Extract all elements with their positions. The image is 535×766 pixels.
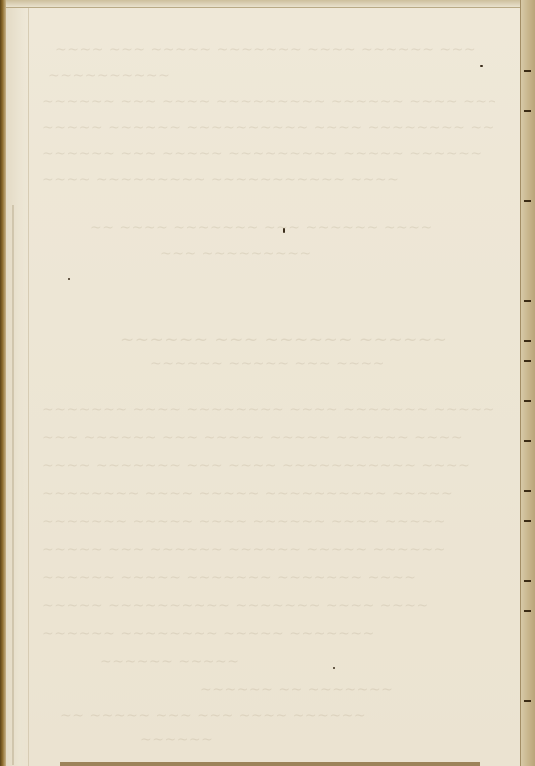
bottom-page-edge (60, 762, 480, 766)
ink-speck (283, 228, 285, 233)
ink-speck (333, 667, 335, 669)
ink-speck (68, 278, 70, 280)
fold-crease (12, 205, 14, 765)
ink-speck (480, 65, 483, 67)
left-page-margin (6, 0, 29, 766)
top-page-edge (6, 0, 526, 8)
manuscript-page: ~~~~ ~~~ ~~~~~ ~~~~~~~ ~~~~ ~~~~~~ ~~~ ~… (0, 0, 535, 766)
adjacent-page-edge (520, 0, 535, 766)
